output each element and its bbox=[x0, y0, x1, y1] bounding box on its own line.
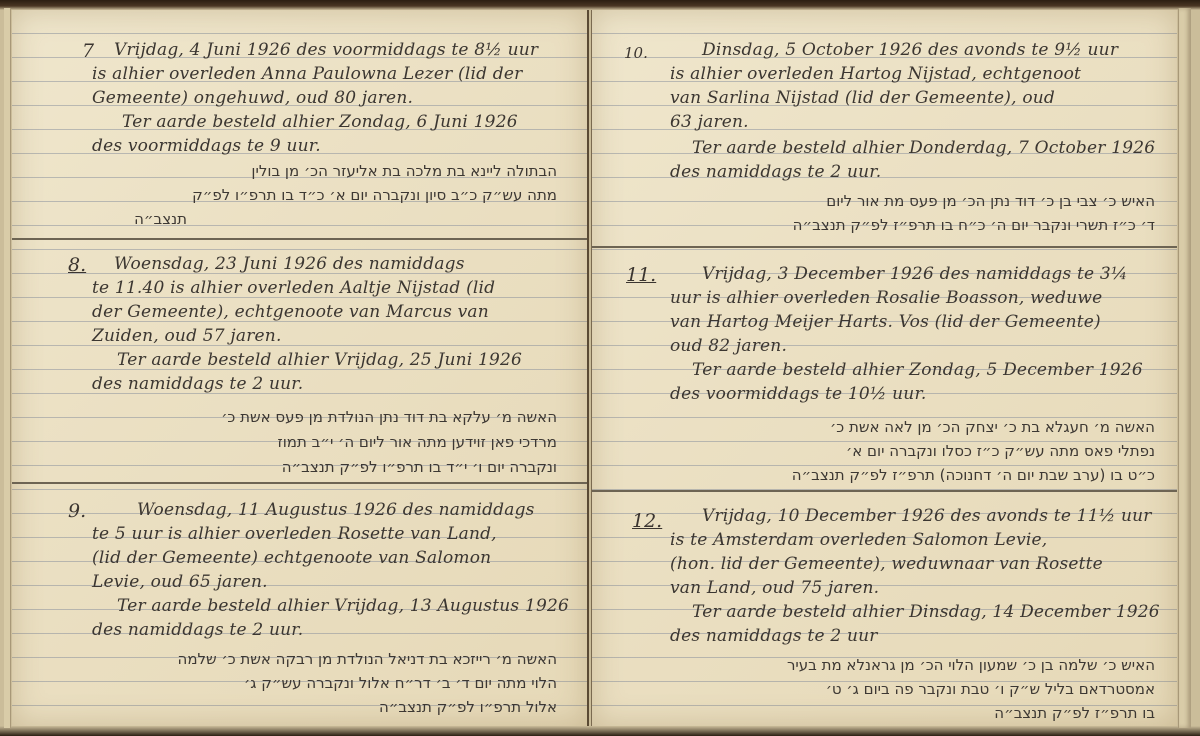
hebrew-text-line: תנצב״ה bbox=[134, 210, 187, 228]
hebrew-text-line: האשה מ׳ עלקא בת דוד נתן הנולדת מן פעס אש… bbox=[221, 408, 557, 426]
entry-text-line: des namiddags te 2 uur bbox=[670, 626, 878, 646]
entry-text-line: des voormiddags te 10½ uur. bbox=[670, 384, 927, 404]
entry-text-line: (lid der Gemeente) echtgenoote van Salom… bbox=[92, 548, 491, 568]
entry-text-line: Ter aarde besteld alhier Donderdag, 7 Oc… bbox=[692, 138, 1155, 158]
entry-text-line: is te Amsterdam overleden Salomon Levie, bbox=[670, 530, 1047, 550]
entry-text-line: te 11.40 is alhier overleden Aaltje Nijs… bbox=[92, 278, 495, 298]
hebrew-text-line: נפתלי פאס מתה עש״ק כ״ז כסלו ונקברה יום א… bbox=[846, 442, 1155, 460]
entry-text-line: Levie, oud 65 jaren. bbox=[92, 572, 268, 592]
entry-text-line: Zuiden, oud 57 jaren. bbox=[92, 326, 282, 346]
entry-text-line: van Hartog Meijer Harts. Vos (lid der Ge… bbox=[670, 312, 1101, 332]
entry-divider bbox=[592, 490, 1177, 492]
entry-number: 10. bbox=[624, 44, 648, 62]
entry-text-line: van Land, oud 75 jaren. bbox=[670, 578, 879, 598]
hebrew-text-line: כ״ט בו (ערב שבת יום ה׳ דחנוכה) תרפ״ז לפ״… bbox=[792, 466, 1155, 484]
entry-number: 9. bbox=[68, 500, 86, 522]
entry-text-line: Ter aarde besteld alhier Vrijdag, 25 Jun… bbox=[117, 350, 522, 370]
entry-number: 11. bbox=[626, 264, 656, 286]
hebrew-text-line: הבתולה ליינא בת מלכה בת אליעזר הכ׳ מן בו… bbox=[251, 162, 557, 180]
hebrew-text-line: הלוי מתה יום ד׳ ב׳ דר״ח אלול ונקברה עש״ק… bbox=[244, 674, 557, 692]
entry-number: 12. bbox=[632, 510, 662, 532]
hebrew-text-line: בו תרפ״ז לפ״ק תנצב״ה bbox=[994, 704, 1155, 722]
hebrew-text-line: אמסטרדאם בליל ש״ק ו׳ טבת ונקבר פה ביום ג… bbox=[826, 680, 1155, 698]
entry-text-line: oud 82 jaren. bbox=[670, 336, 787, 356]
entry-text-line: Ter aarde besteld alhier Vrijdag, 13 Aug… bbox=[117, 596, 569, 616]
entry-number: 7 bbox=[82, 40, 94, 62]
entry-text-line: uur is alhier overleden Rosalie Boasson,… bbox=[670, 288, 1102, 308]
entry-text-line: des namiddags te 2 uur. bbox=[92, 374, 303, 394]
entry-number: 8. bbox=[68, 254, 86, 276]
entry-text-line: Woensdag, 23 Juni 1926 des namiddags bbox=[114, 254, 465, 274]
entry-divider bbox=[592, 246, 1177, 248]
entry-text-line: des namiddags te 2 uur. bbox=[670, 162, 881, 182]
entry-text-line: Ter aarde besteld alhier Zondag, 5 Decem… bbox=[692, 360, 1143, 380]
entry-text-line: Vrijdag, 10 December 1926 des avonds te … bbox=[702, 506, 1152, 526]
entry-text-line: 63 jaren. bbox=[670, 112, 749, 132]
hebrew-text-line: האיש כ׳ צבי בן כ׳ דוד נתן הכ׳ מן פעס מת … bbox=[826, 192, 1155, 210]
hebrew-text-line: האשה מ׳ רייזכא בת דניאל הנולדת מן רבקה א… bbox=[178, 650, 557, 668]
hebrew-text-line: ונקברה יום ו׳ י״ד בו תרפ״ו לפ״ק תנצב״ה bbox=[282, 458, 557, 476]
right-page: 10. Dinsdag, 5 October 1926 des avonds t… bbox=[591, 10, 1177, 726]
entry-text-line: Vrijdag, 4 Juni 1926 des voormiddags te … bbox=[114, 40, 538, 60]
entry-divider bbox=[12, 482, 587, 484]
entry-text-line: Ter aarde besteld alhier Dinsdag, 14 Dec… bbox=[692, 602, 1160, 622]
entry-text-line: is alhier overleden Hartog Nijstad, echt… bbox=[670, 64, 1081, 84]
entry-text-line: Gemeente) ongehuwd, oud 80 jaren. bbox=[92, 88, 413, 108]
entry-text-line: Vrijdag, 3 December 1926 des namiddags t… bbox=[702, 264, 1128, 284]
entry-text-line: te 5 uur is alhier overleden Rosette van… bbox=[92, 524, 497, 544]
entry-text-line: Ter aarde besteld alhier Zondag, 6 Juni … bbox=[122, 112, 518, 132]
entry-text-line: (hon. lid der Gemeente), weduwnaar van R… bbox=[670, 554, 1103, 574]
entry-text-line: des voormiddags te 9 uur. bbox=[92, 136, 321, 156]
entry-text-line: der Gemeente), echtgenoote van Marcus va… bbox=[92, 302, 489, 322]
left-page: 7 Vrijdag, 4 Juni 1926 des voormiddags t… bbox=[12, 10, 589, 726]
hebrew-text-line: האיש כ׳ שלמה בן כ׳ שמעון הלוי הכ׳ מן גרא… bbox=[787, 656, 1155, 674]
open-register-book: 7 Vrijdag, 4 Juni 1926 des voormiddags t… bbox=[0, 0, 1200, 736]
entry-text-line: Woensdag, 11 Augustus 1926 des namiddags bbox=[137, 500, 535, 520]
hebrew-text-line: אלול תרפ״ו לפ״ק תנצב״ה bbox=[379, 698, 557, 716]
entry-text-line: des namiddags te 2 uur. bbox=[92, 620, 303, 640]
hebrew-text-line: האשה מ׳ חעגלא בת כ׳ יצחק הכ׳ מן לאה אשת … bbox=[830, 418, 1155, 436]
hebrew-text-line: ד׳ כ״ז תשרי ונקבר יום ה׳ כ״ח בו תרפ״ז לפ… bbox=[793, 216, 1155, 234]
entry-divider bbox=[12, 238, 587, 240]
hebrew-text-line: מרדכי פאן זוידען מתה אור ליום ה׳ י״ב תמו… bbox=[278, 433, 557, 451]
entry-text-line: van Sarlina Nijstad (lid der Gemeente), … bbox=[670, 88, 1055, 108]
entry-text-line: is alhier overleden Anna Paulowna Lezer … bbox=[92, 64, 522, 84]
hebrew-text-line: מתה עש״ק כ״ב סיון ונקברה יום א׳ כ״ד בו ת… bbox=[192, 186, 557, 204]
entry-text-line: Dinsdag, 5 October 1926 des avonds te 9½… bbox=[702, 40, 1118, 60]
